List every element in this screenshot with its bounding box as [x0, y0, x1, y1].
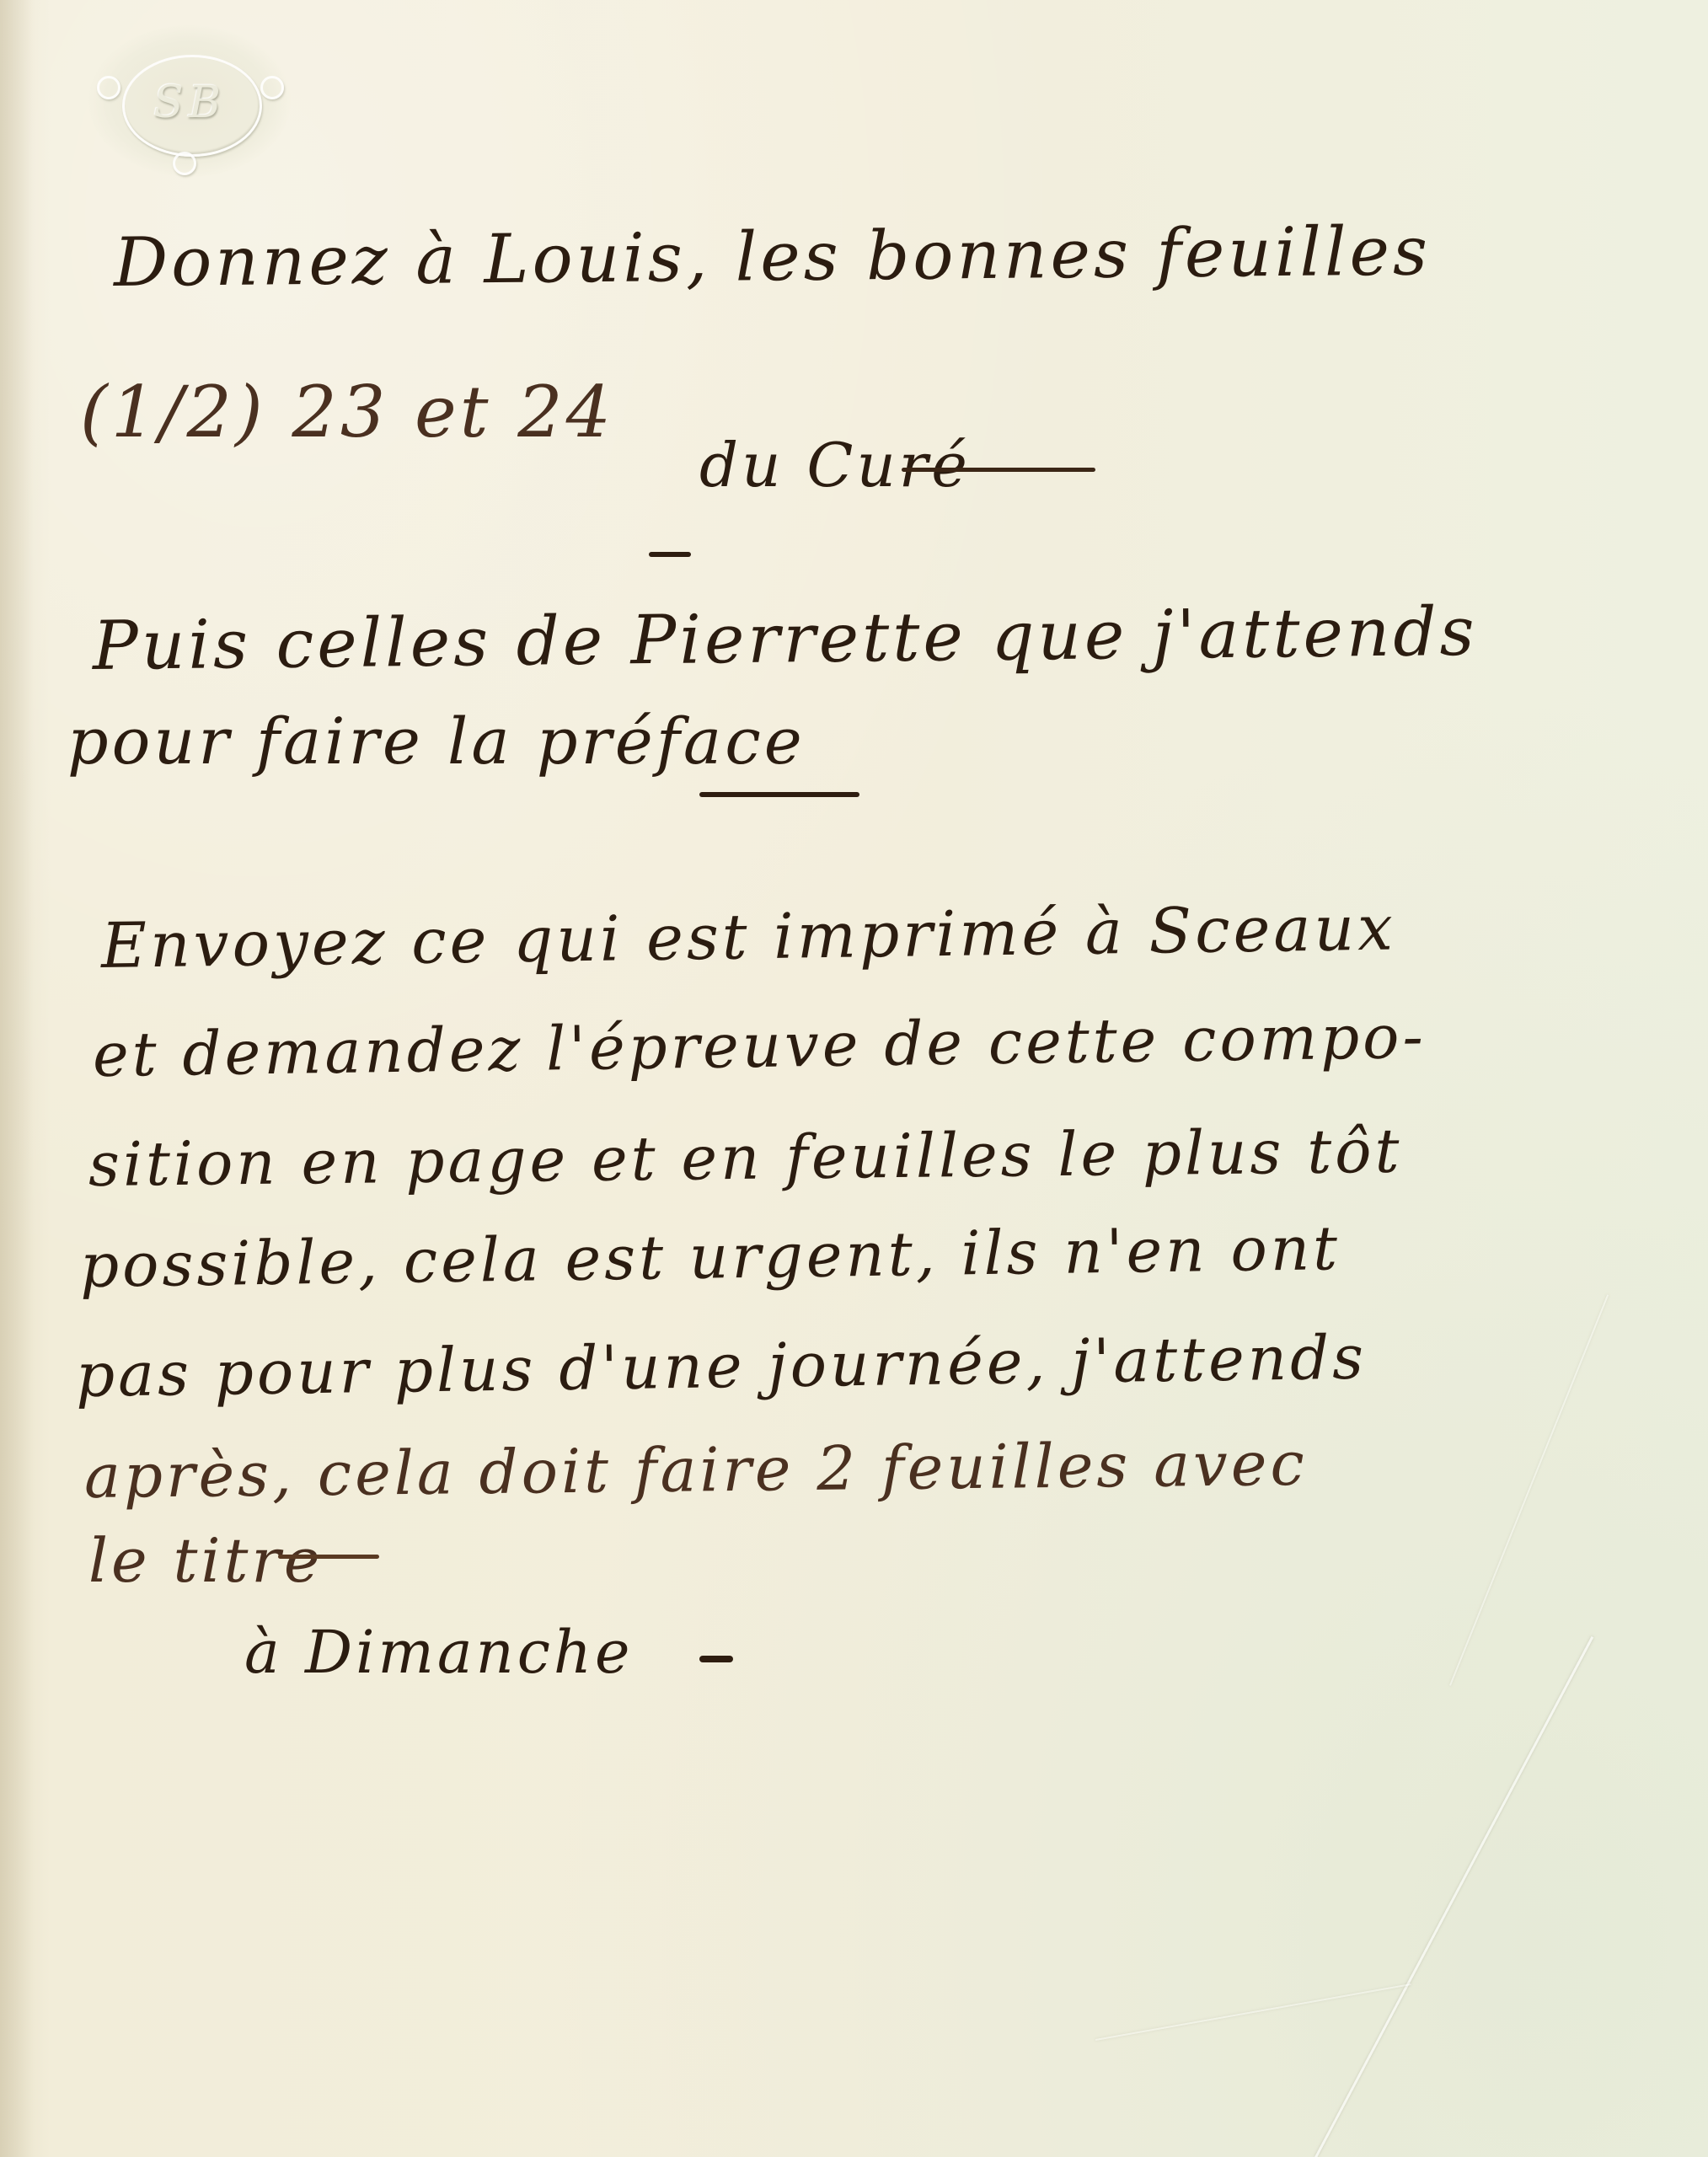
handwritten-line: (1/2) 23 et 24 [80, 371, 614, 453]
handwritten-line: le titre [88, 1525, 323, 1596]
closing-dash [699, 1656, 733, 1662]
separator-line [699, 792, 859, 797]
handwritten-line: à Dimanche [244, 1618, 633, 1687]
embossed-seal: SB [88, 25, 291, 177]
underline-flourish [902, 468, 1095, 472]
paper-edge-shadow [0, 0, 34, 2157]
seal-scroll-ornament [173, 152, 196, 175]
paper-crease [1449, 1294, 1609, 1685]
paper-crease [1314, 1636, 1593, 2157]
handwritten-line: Puis celles de Pierrette que j'attends [93, 592, 1479, 685]
handwritten-line: pour faire la préface [67, 704, 806, 779]
paper-crease [1095, 1983, 1411, 2041]
handwritten-line: sition en page et en feuilles le plus tô… [88, 1116, 1403, 1200]
handwritten-line: possible, cela est urgent, ils n'en ont [79, 1212, 1341, 1301]
handwritten-line: pas pour plus d'une journée, j'attends [75, 1322, 1367, 1410]
separator-dash [649, 552, 691, 557]
handwritten-line: Envoyez ce qui est imprimé à Sceaux [100, 892, 1396, 982]
manuscript-page: SB Donnez à Louis, les bonnes feuilles (… [0, 0, 1708, 2157]
handwritten-line: du Curé [699, 430, 971, 500]
handwritten-line: après, cela doit faire 2 feuilles avec [84, 1428, 1309, 1512]
handwritten-line: et demandez l'épreuve de cette compo- [92, 1001, 1427, 1090]
seal-monogram: SB [88, 78, 291, 128]
underline-flourish [278, 1555, 379, 1559]
handwritten-line: Donnez à Louis, les bonnes feuilles [114, 211, 1432, 302]
